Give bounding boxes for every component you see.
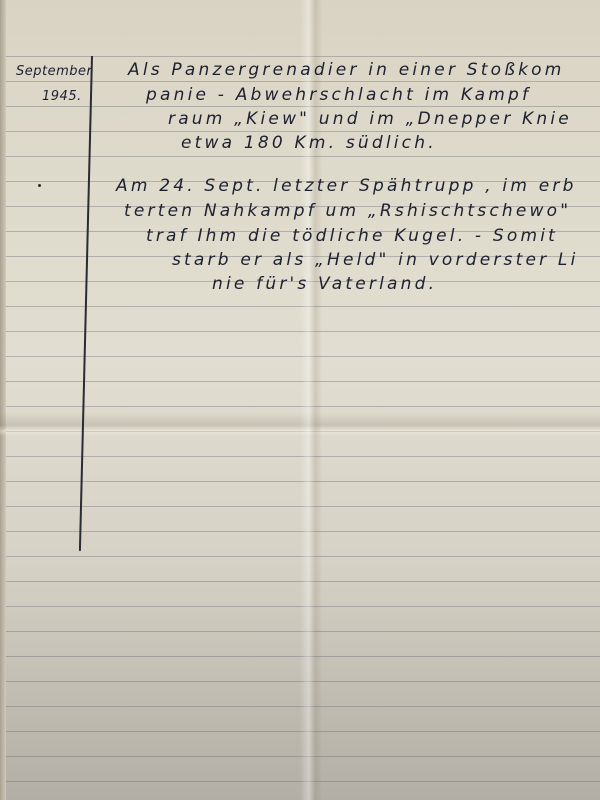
paragraph-line: Am 24. Sept. letzter Spähtrupp , im erb <box>116 176 577 196</box>
date-year: 1945. <box>42 89 82 104</box>
ink-dot <box>38 184 41 187</box>
paragraph-line: starb er als „Held" in vorderster Li <box>172 250 579 270</box>
paragraph-line: Als Panzergrenadier in einer Stoßkom <box>128 60 565 80</box>
paragraph-line: traf Ihm die tödliche Kugel. - Somit <box>146 226 558 246</box>
date-month: September <box>16 64 92 79</box>
paragraph-line: etwa 180 Km. südlich. <box>181 133 437 153</box>
paragraph-line: raum „Kiew" und im „Dnepper Knie <box>168 109 572 129</box>
page-edge <box>0 0 6 800</box>
paragraph-line: panie - Abwehrschlacht im Kampf <box>146 85 531 105</box>
margin-rule <box>79 56 93 551</box>
paragraph-line: terten Nahkampf um „Rshischtschewo" <box>124 201 571 221</box>
paragraph-line: nie für's Vaterland. <box>212 274 437 294</box>
